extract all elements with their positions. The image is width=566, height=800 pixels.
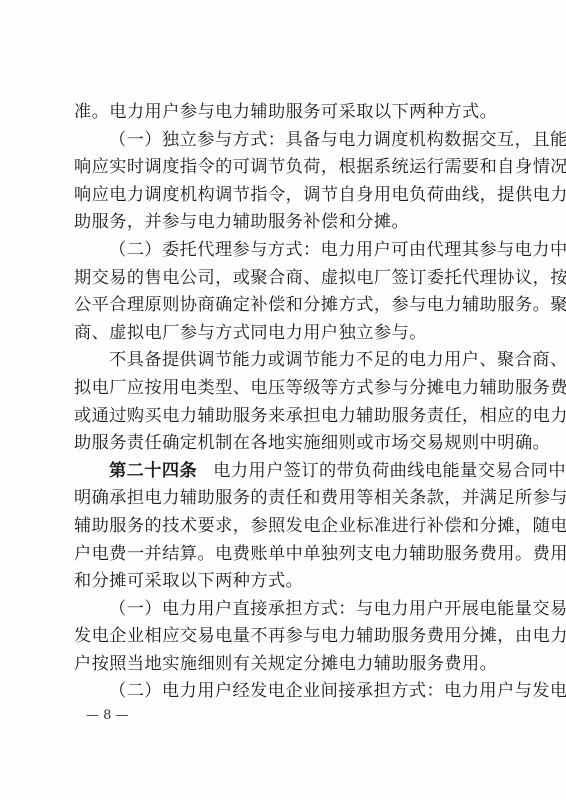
text-line: 期交易的售电公司，或聚合商、虚拟电厂签订委托代理协议，按照 <box>74 265 500 293</box>
text-line: （一）电力用户直接承担方式：与电力用户开展电能量交易的 <box>74 596 500 624</box>
text-line: 助服务责任确定机制在各地实施细则或市场交易规则中明确。 <box>74 430 500 458</box>
text-line: 户按照当地实施细则有关规定分摊电力辅助服务费用。 <box>74 651 500 679</box>
text-line: （一）独立参与方式：具备与电力调度机构数据交互，且能够 <box>74 127 500 155</box>
article-first-line: 电力用户签订的带负荷曲线电能量交易合同中应 <box>213 461 566 481</box>
text-line: （二）委托代理参与方式：电力用户可由代理其参与电力中长 <box>74 237 500 265</box>
page-number: — 8 — <box>86 708 129 723</box>
text-line: 商、虚拟电厂参与方式同电力用户独立参与。 <box>74 320 500 348</box>
text-line: 拟电厂应按用电类型、电压等级等方式参与分摊电力辅助服务费用， <box>74 375 500 403</box>
text-line: 不具备提供调节能力或调节能力不足的电力用户、聚合商、虚 <box>74 347 500 375</box>
text-line: 发电企业相应交易电量不再参与电力辅助服务费用分摊，由电力用 <box>74 623 500 651</box>
text-line: 响应电力调度机构调节指令，调节自身用电负荷曲线，提供电力辅 <box>74 182 500 210</box>
article-label: 第二十四条 <box>109 461 197 481</box>
article-heading-line: 第二十四条电力用户签订的带负荷曲线电能量交易合同中应 <box>74 458 500 486</box>
document-body: 准。电力用户参与电力辅助服务可采取以下两种方式。 （一）独立参与方式：具备与电力… <box>74 99 500 706</box>
text-line: 助服务，并参与电力辅助服务补偿和分摊。 <box>74 209 500 237</box>
text-line: 和分摊可采取以下两种方式。 <box>74 568 500 596</box>
text-line: 明确承担电力辅助服务的责任和费用等相关条款，并满足所参与电力 <box>74 485 500 513</box>
text-line: 响应实时调度指令的可调节负荷，根据系统运行需要和自身情况， <box>74 154 500 182</box>
text-line: 户电费一并结算。电费账单中单独列支电力辅助服务费用。费用补偿 <box>74 541 500 569</box>
text-line: 准。电力用户参与电力辅助服务可采取以下两种方式。 <box>74 99 500 127</box>
text-line: （二）电力用户经发电企业间接承担方式：电力用户与发电企 <box>74 678 500 706</box>
text-line: 辅助服务的技术要求，参照发电企业标准进行补偿和分摊，随电力用 <box>74 513 500 541</box>
text-line: 或通过购买电力辅助服务来承担电力辅助服务责任，相应的电力辅 <box>74 403 500 431</box>
text-line: 公平合理原则协商确定补偿和分摊方式，参与电力辅助服务。聚合 <box>74 292 500 320</box>
